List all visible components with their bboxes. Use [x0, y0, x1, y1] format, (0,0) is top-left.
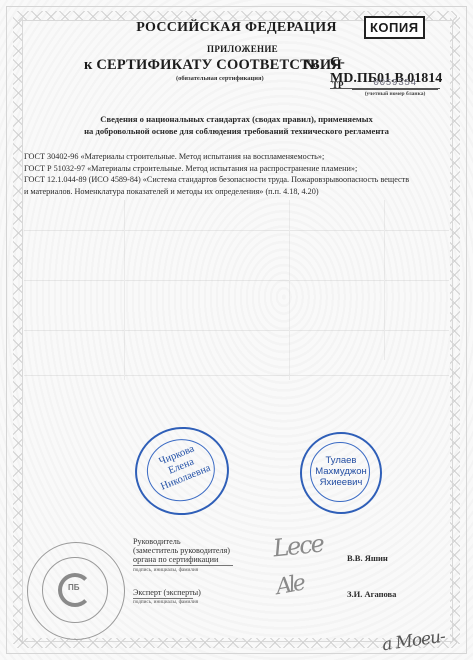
- head-name: В.В. Яшин: [347, 553, 388, 563]
- head-label-line-2: (заместитель руководителя): [133, 546, 230, 555]
- expert-stamp-tulaev: Тулаев Махмуджон Яхиеевич: [300, 432, 382, 514]
- standard-item: ГОСТ 12.1.044-89 (ИСО 4589-84) «Система …: [24, 174, 454, 186]
- standard-item: ГОСТ 30402-96 «Материалы строительные. М…: [24, 151, 454, 163]
- blank-number: 0059354: [352, 77, 438, 90]
- appendix-label: ПРИЛОЖЕНИЕ: [0, 44, 473, 54]
- number-sign: №: [304, 57, 319, 74]
- heading-line-2: на добровольной основе для соблюдения тр…: [0, 126, 473, 138]
- expert-label: Эксперт (эксперты): [133, 588, 201, 597]
- heading-line-1: Сведения о национальных стандартах (свод…: [0, 114, 473, 126]
- copy-stamp: КОПИЯ: [364, 16, 425, 39]
- certification-type: (обязательная сертификация): [176, 75, 264, 82]
- head-label: Руководитель (заместитель руководителя) …: [133, 537, 230, 564]
- head-caption: подпись, инициалы, фамилия: [133, 567, 198, 573]
- stamp-surname: Тулаев: [302, 455, 380, 466]
- seal-logo-text: ПБ: [68, 583, 80, 592]
- stamp-name: Тулаев Махмуджон Яхиеевич: [302, 455, 380, 488]
- standard-item-continuation: и материалов. Номенклатура показателей и…: [24, 186, 454, 198]
- standard-item: ГОСТ Р 51032-97 «Материалы строительные.…: [24, 163, 454, 175]
- expert-signature: Ale: [274, 571, 305, 600]
- expert-caption: подпись, инициалы, фамилия: [133, 599, 198, 605]
- head-signature: Lece: [272, 529, 324, 562]
- stamp-patronymic: Яхиеевич: [302, 477, 380, 488]
- show-through-background: [24, 200, 449, 400]
- certificate-page: РОССИЙСКАЯ ФЕДЕРАЦИЯ КОПИЯ ПРИЛОЖЕНИЕ к …: [0, 0, 473, 660]
- tp-label: ТР: [332, 80, 344, 90]
- section-heading: Сведения о национальных стандартах (свод…: [0, 114, 473, 137]
- head-label-line-1: Руководитель: [133, 537, 230, 546]
- head-label-line-3: органа по сертификации: [133, 555, 230, 564]
- standards-list: ГОСТ 30402-96 «Материалы строительные. М…: [24, 151, 454, 197]
- stamp-first-name: Махмуджон: [302, 466, 380, 477]
- certification-body-seal: ПБ: [27, 542, 125, 640]
- expert-name: З.И. Агапова: [347, 589, 396, 599]
- head-signature-line: [133, 565, 233, 566]
- blank-number-caption: (учетный номер бланка): [352, 91, 438, 97]
